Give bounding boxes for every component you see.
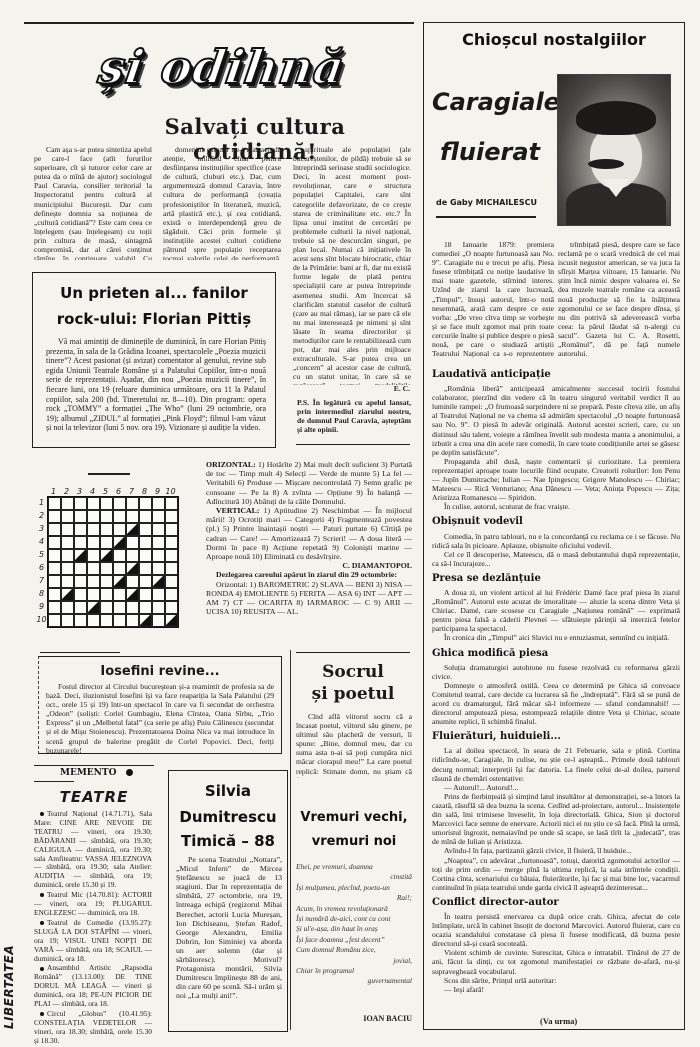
- crossword-cell[interactable]: [61, 562, 74, 575]
- crossword-cell[interactable]: [113, 562, 126, 575]
- brand-label: LIBERTATEA: [2, 945, 16, 1029]
- memento-list: Teatrul Național (14.71.71), Sala Mare: …: [34, 810, 152, 1047]
- crossword-cell[interactable]: [113, 601, 126, 614]
- poem-line: Își face doamna „fest decent”: [296, 935, 412, 945]
- crossword-cell[interactable]: [74, 588, 87, 601]
- crossword-cell[interactable]: [113, 523, 126, 536]
- poem-author: IOAN BACIU: [330, 1014, 412, 1023]
- memento-label: MEMENTO: [60, 768, 116, 778]
- crossword-cell[interactable]: [152, 614, 165, 627]
- poem-line: Și ul'e-aṣa, din haut în oraș: [296, 924, 412, 934]
- crossword-cell[interactable]: [74, 523, 87, 536]
- poem-line: Își numără de-aici, cont cu cont: [296, 914, 412, 924]
- crossword-cell[interactable]: [152, 523, 165, 536]
- crossword-cell[interactable]: [61, 588, 74, 601]
- crossword-cell[interactable]: [100, 575, 113, 588]
- crossword-cell[interactable]: [165, 601, 178, 614]
- crossword-row-label: 9: [36, 600, 47, 613]
- poem-line: guvernamental: [296, 976, 412, 986]
- section-heading: Presa se dezlănțuie: [432, 574, 680, 583]
- section-paragraph: Comedia, în patru tablouri, nu e la conc…: [432, 532, 680, 550]
- crossword-cell[interactable]: [165, 536, 178, 549]
- section-paragraph: — Ieși afară!: [432, 985, 680, 994]
- socrul-title-2: și poetul: [296, 684, 410, 704]
- top-rule: [24, 22, 414, 24]
- crossword-row-label: 10: [36, 613, 47, 626]
- lead-column-3: spirituale ale populației (ale bucurește…: [293, 145, 411, 385]
- crossword-cell[interactable]: [48, 497, 61, 510]
- crossword-cell[interactable]: [74, 549, 87, 562]
- crossword: 12345678910 12345678910: [36, 487, 179, 628]
- caragiale-sections: Laudativă anticipație„România liberă” an…: [432, 366, 680, 1014]
- crossword-column-labels: 12345678910: [47, 487, 179, 496]
- section-paragraph: „Noaptea”, cu adevărat „furtunoasă”, tot…: [432, 856, 680, 892]
- crossword-cell[interactable]: [126, 588, 139, 601]
- memento-entry: Circul „Globus” (10.41.95): CONSTELAȚIA …: [34, 1010, 152, 1046]
- section-heading: Obișnuit vodevil: [432, 517, 680, 526]
- crossword-cell[interactable]: [61, 536, 74, 549]
- crossword-cell[interactable]: [165, 497, 178, 510]
- section-heading: Conflict director-autor: [432, 898, 680, 907]
- crossword-cell[interactable]: [74, 614, 87, 627]
- crossword-cell[interactable]: [87, 575, 100, 588]
- crossword-col-label: 5: [99, 487, 112, 496]
- poem-line: cinstită: [296, 872, 412, 882]
- crossword-cell[interactable]: [139, 523, 152, 536]
- section-paragraph: Domnește o atmosferă ostilă. Ceea ce det…: [432, 681, 680, 726]
- horizontal-label: ORIZONTAL:: [206, 460, 256, 469]
- crossword-cell[interactable]: [100, 510, 113, 523]
- poem-title-2: vremuri noi: [296, 834, 412, 849]
- section-paragraph: Cel ce îl descoperise, Mateescu, dă o ma…: [432, 550, 680, 568]
- section-paragraph: — Autorul!... Autorul!...: [432, 783, 680, 792]
- crossword-cell[interactable]: [152, 588, 165, 601]
- section-paragraph: Soluția dramaturgiei autohtone nu fusese…: [432, 663, 680, 681]
- crossword-cell[interactable]: [100, 497, 113, 510]
- timica-body: Pe scena Teatrului „Nottara”, „Micul Inf…: [176, 855, 282, 1001]
- crossword-row-label: 1: [36, 496, 47, 509]
- poem-line: Cum domnul Românu zice,: [296, 945, 412, 955]
- newspaper-page: și odihnă Salvați cultura cotidiană! Cam…: [0, 0, 700, 1047]
- crossword-row-label: 6: [36, 561, 47, 574]
- crossword-cell[interactable]: [165, 523, 178, 536]
- crossword-cell[interactable]: [87, 562, 100, 575]
- crossword-cell[interactable]: [48, 601, 61, 614]
- lead-ps: P.S. În legătură cu apelul lansat, prin …: [297, 398, 411, 434]
- bullet-icon: [40, 921, 44, 925]
- vertical-clues: 1) Aptitudine 2) Neschimbat — În mijlocu…: [206, 506, 412, 561]
- crossword-cell[interactable]: [87, 614, 100, 627]
- section-paragraph: „România liberă” anticipează amicalmente…: [432, 384, 680, 457]
- crossword-cell[interactable]: [126, 536, 139, 549]
- crossword-cell[interactable]: [100, 562, 113, 575]
- crossword-cell[interactable]: [152, 601, 165, 614]
- crossword-cell[interactable]: [139, 575, 152, 588]
- crossword-cell[interactable]: [165, 614, 178, 627]
- crossword-rule: [88, 473, 130, 475]
- crossword-cell[interactable]: [100, 614, 113, 627]
- crossword-author: C. DIAMANTOPOL: [206, 561, 412, 570]
- crossword-clues: ORIZONTAL: 1) Hotărîte 2) Mai mult decît…: [206, 460, 412, 616]
- memento-entry: Teatrul Național (14.71.71), Sala Mare: …: [34, 810, 152, 890]
- crossword-row-labels: 12345678910: [36, 496, 47, 628]
- crossword-grid[interactable]: [47, 496, 179, 628]
- crossword-cell[interactable]: [74, 510, 87, 523]
- newspaper-brand: LIBERTATEA: [0, 942, 18, 1032]
- crossword-cell[interactable]: [61, 601, 74, 614]
- crossword-col-label: 3: [73, 487, 86, 496]
- bullet-icon: [40, 812, 44, 816]
- lead-signature: E. C.: [360, 384, 410, 393]
- section-paragraph: Violent schimb de cuvinte. Surescitat, G…: [432, 948, 680, 975]
- iosefini-top-rule: [40, 652, 120, 653]
- crossword-cell[interactable]: [139, 510, 152, 523]
- crossword-cell[interactable]: [87, 497, 100, 510]
- crossword-row-label: 5: [36, 548, 47, 561]
- crossword-cell[interactable]: [48, 614, 61, 627]
- crossword-cell[interactable]: [48, 549, 61, 562]
- crossword-cell[interactable]: [165, 549, 178, 562]
- memento-entry: Teatrul de Comedie (13.95.27): SLUGĂ LA …: [34, 919, 152, 964]
- poem-line: Își mulțumea, plecînd, poetu-un: [296, 883, 412, 893]
- crossword-cell[interactable]: [74, 562, 87, 575]
- caragiale-kicker: Chioșcul nostalgiilor: [426, 30, 682, 49]
- crossword-cell[interactable]: [87, 601, 100, 614]
- crossword-cell[interactable]: [87, 549, 100, 562]
- crossword-cell[interactable]: [152, 562, 165, 575]
- solution-title: Dezlegarea careului apărut în ziarul din…: [206, 570, 412, 579]
- crossword-col-label: 7: [125, 487, 138, 496]
- crossword-cell[interactable]: [48, 510, 61, 523]
- crossword-col-label: 4: [86, 487, 99, 496]
- column-divider: [290, 650, 291, 1030]
- crossword-cell[interactable]: [139, 497, 152, 510]
- crossword-cell[interactable]: [152, 549, 165, 562]
- crossword-cell[interactable]: [113, 588, 126, 601]
- poem-line: jovial,: [296, 956, 412, 966]
- memento-entry: Ansamblul Artistic „Rapsodia Română” (13…: [34, 964, 152, 1009]
- timica-title-2: Dumitrescu: [170, 808, 286, 826]
- memento-rule: [34, 765, 154, 766]
- crossword-cell[interactable]: [126, 614, 139, 627]
- pittis-body: Vă mai amintiți de diminețile de duminic…: [46, 337, 266, 433]
- memento-subrule: [34, 781, 74, 782]
- crossword-cell[interactable]: [126, 562, 139, 575]
- crossword-cell[interactable]: [100, 549, 113, 562]
- poem-line: Ehei, pe vremuri, doamna: [296, 862, 412, 872]
- section-paragraph: La al doilea spectacol, în seara de 21 F…: [432, 746, 680, 782]
- crossword-cell[interactable]: [139, 614, 152, 627]
- crossword-cell[interactable]: [74, 575, 87, 588]
- crossword-row-label: 8: [36, 587, 47, 600]
- crossword-col-label: 6: [112, 487, 125, 496]
- crossword-cell[interactable]: [87, 536, 100, 549]
- crossword-cell[interactable]: [48, 536, 61, 549]
- pittis-title-1: Un prieten al... fanilor: [36, 284, 272, 302]
- crossword-cell[interactable]: [61, 510, 74, 523]
- memento-entry: Teatrul Mic (14.70.81): ACTORII — vineri…: [34, 891, 152, 918]
- crossword-cell[interactable]: [61, 497, 74, 510]
- crossword-cell[interactable]: [126, 601, 139, 614]
- poem-lines: Ehei, pe vremuri, doamnacinstităÎși mulț…: [296, 862, 412, 987]
- iosefini-body: Fostul director al Circului bucureștean …: [46, 682, 274, 755]
- caragiale-title-2: fluierat: [440, 138, 554, 166]
- crossword-cell[interactable]: [126, 510, 139, 523]
- caragiale-portrait-photo: [557, 74, 671, 226]
- crossword-cell[interactable]: [48, 562, 61, 575]
- section-paragraph: În cronica din „Timpul” aici Slavici nu …: [432, 633, 680, 642]
- bullet-icon: [40, 1012, 44, 1016]
- crossword-cell[interactable]: [139, 549, 152, 562]
- crossword-col-label: 9: [151, 487, 164, 496]
- section-paragraph: A doua zi, un violent articol al lui Fré…: [432, 588, 680, 633]
- crossword-row-label: 7: [36, 574, 47, 587]
- crossword-cell[interactable]: [61, 575, 74, 588]
- crossword-cell[interactable]: [152, 575, 165, 588]
- timica-title-3: Timică – 88: [170, 832, 286, 850]
- section-paragraph: Scos din sărite, Prințul urlă autoritar:: [432, 976, 680, 985]
- section-heading: Fluierături, huiduieli...: [432, 732, 680, 741]
- section-heading: Laudativă anticipație: [432, 370, 680, 379]
- crossword-cell[interactable]: [87, 510, 100, 523]
- crossword-cell[interactable]: [139, 601, 152, 614]
- crossword-cell[interactable]: [74, 497, 87, 510]
- crossword-row-label: 4: [36, 535, 47, 548]
- bullet-icon: [40, 893, 44, 897]
- socrul-title-1: Socrul: [296, 662, 410, 682]
- crossword-cell[interactable]: [126, 523, 139, 536]
- crossword-cell[interactable]: [113, 536, 126, 549]
- crossword-cell[interactable]: [139, 536, 152, 549]
- lead-ps-rule: [296, 444, 410, 445]
- crossword-cell[interactable]: [139, 588, 152, 601]
- caragiale-byline: de Gaby MICHAILESCU: [436, 198, 554, 207]
- crossword-cell[interactable]: [48, 588, 61, 601]
- crossword-cell[interactable]: [165, 510, 178, 523]
- crossword-col-label: 8: [138, 487, 151, 496]
- crossword-cell[interactable]: [165, 575, 178, 588]
- crossword-row-label: 2: [36, 509, 47, 522]
- pittis-title-2: rock-ului: Florian Pittiș: [36, 310, 272, 328]
- section-paragraph: Avîndu-l în fața, partizanii gărzii civi…: [432, 846, 680, 855]
- crossword-col-label: 2: [60, 487, 73, 496]
- socrul-top-rule: [296, 652, 410, 653]
- poem-line: Rai!;: [296, 893, 412, 903]
- section-masthead-logo: și odihnă: [72, 36, 372, 98]
- bullet-icon: [40, 967, 44, 971]
- crossword-cell[interactable]: [139, 562, 152, 575]
- crossword-cell[interactable]: [87, 588, 100, 601]
- section-heading: Ghica modifică piesa: [432, 649, 680, 658]
- crossword-cell[interactable]: [48, 523, 61, 536]
- continued-label: (Va urma): [540, 1016, 620, 1026]
- byline-rule: [436, 216, 536, 218]
- crossword-cell[interactable]: [100, 536, 113, 549]
- crossword-cell[interactable]: [113, 575, 126, 588]
- poem-title-1: Vremuri vechi,: [296, 810, 412, 825]
- crossword-cell[interactable]: [113, 510, 126, 523]
- crossword-cell[interactable]: [100, 601, 113, 614]
- crossword-cell[interactable]: [152, 536, 165, 549]
- crossword-cell[interactable]: [61, 549, 74, 562]
- vertical-label: VERTICAL:: [216, 506, 259, 515]
- section-paragraph: Prins de fierbințeală și simțind latul i…: [432, 792, 680, 847]
- crossword-cell[interactable]: [165, 562, 178, 575]
- crossword-cell[interactable]: [61, 614, 74, 627]
- crossword-cell[interactable]: [126, 549, 139, 562]
- caragiale-intro-col1: 18 Ianuarie 1879: premiera comediei „O n…: [432, 240, 554, 358]
- crossword-col-label: 10: [164, 487, 177, 496]
- timica-title-1: Silvia: [170, 782, 286, 800]
- crossword-cell[interactable]: [74, 601, 87, 614]
- bullet-icon: [126, 769, 133, 776]
- crossword-cell[interactable]: [87, 523, 100, 536]
- solution-text: Orizontal: 1) BAROMETRIC 2) SLAVA — BENI…: [206, 580, 412, 617]
- socrul-body: Cînd află viitorul socru că a încasat po…: [296, 712, 412, 778]
- poem-line: Chiar în programul: [296, 966, 412, 976]
- section-paragraph: Propaganda abil dusă, naște comentarii ș…: [432, 457, 680, 502]
- section-paragraph: În teatru persistă enervarea ca după ori…: [432, 912, 680, 948]
- caragiale-title-1: Caragiale: [432, 88, 554, 116]
- crossword-cell[interactable]: [100, 523, 113, 536]
- poem-line: Acum, în vremea revoluționară: [296, 904, 412, 914]
- crossword-cell[interactable]: [113, 549, 126, 562]
- crossword-cell[interactable]: [126, 575, 139, 588]
- memento-header: MEMENTO: [60, 768, 160, 778]
- lead-column-2: domeniul culturii nu-i mai acordă atenți…: [163, 145, 281, 260]
- iosefini-title: Iosefini revine...: [40, 664, 280, 679]
- section-paragraph: În culise, autorul, scuturat de frac vra…: [432, 502, 680, 511]
- memento-section-title: TEATRE: [36, 788, 152, 806]
- crossword-row-label: 3: [36, 522, 47, 535]
- crossword-cell[interactable]: [126, 497, 139, 510]
- crossword-cell[interactable]: [113, 497, 126, 510]
- crossword-cell[interactable]: [152, 497, 165, 510]
- crossword-cell[interactable]: [48, 575, 61, 588]
- lead-column-1: Cam așa s-ar putea sintetiza apelul pe c…: [34, 145, 152, 260]
- masthead-text: și odihnă: [96, 40, 349, 94]
- crossword-col-label: 1: [47, 487, 60, 496]
- caragiale-intro-col2: trîmbițată piesă, despre care se face re…: [558, 240, 680, 358]
- crossword-cell[interactable]: [100, 588, 113, 601]
- crossword-cell[interactable]: [152, 510, 165, 523]
- crossword-cell[interactable]: [113, 614, 126, 627]
- crossword-cell[interactable]: [61, 523, 74, 536]
- crossword-cell[interactable]: [165, 588, 178, 601]
- crossword-cell[interactable]: [74, 536, 87, 549]
